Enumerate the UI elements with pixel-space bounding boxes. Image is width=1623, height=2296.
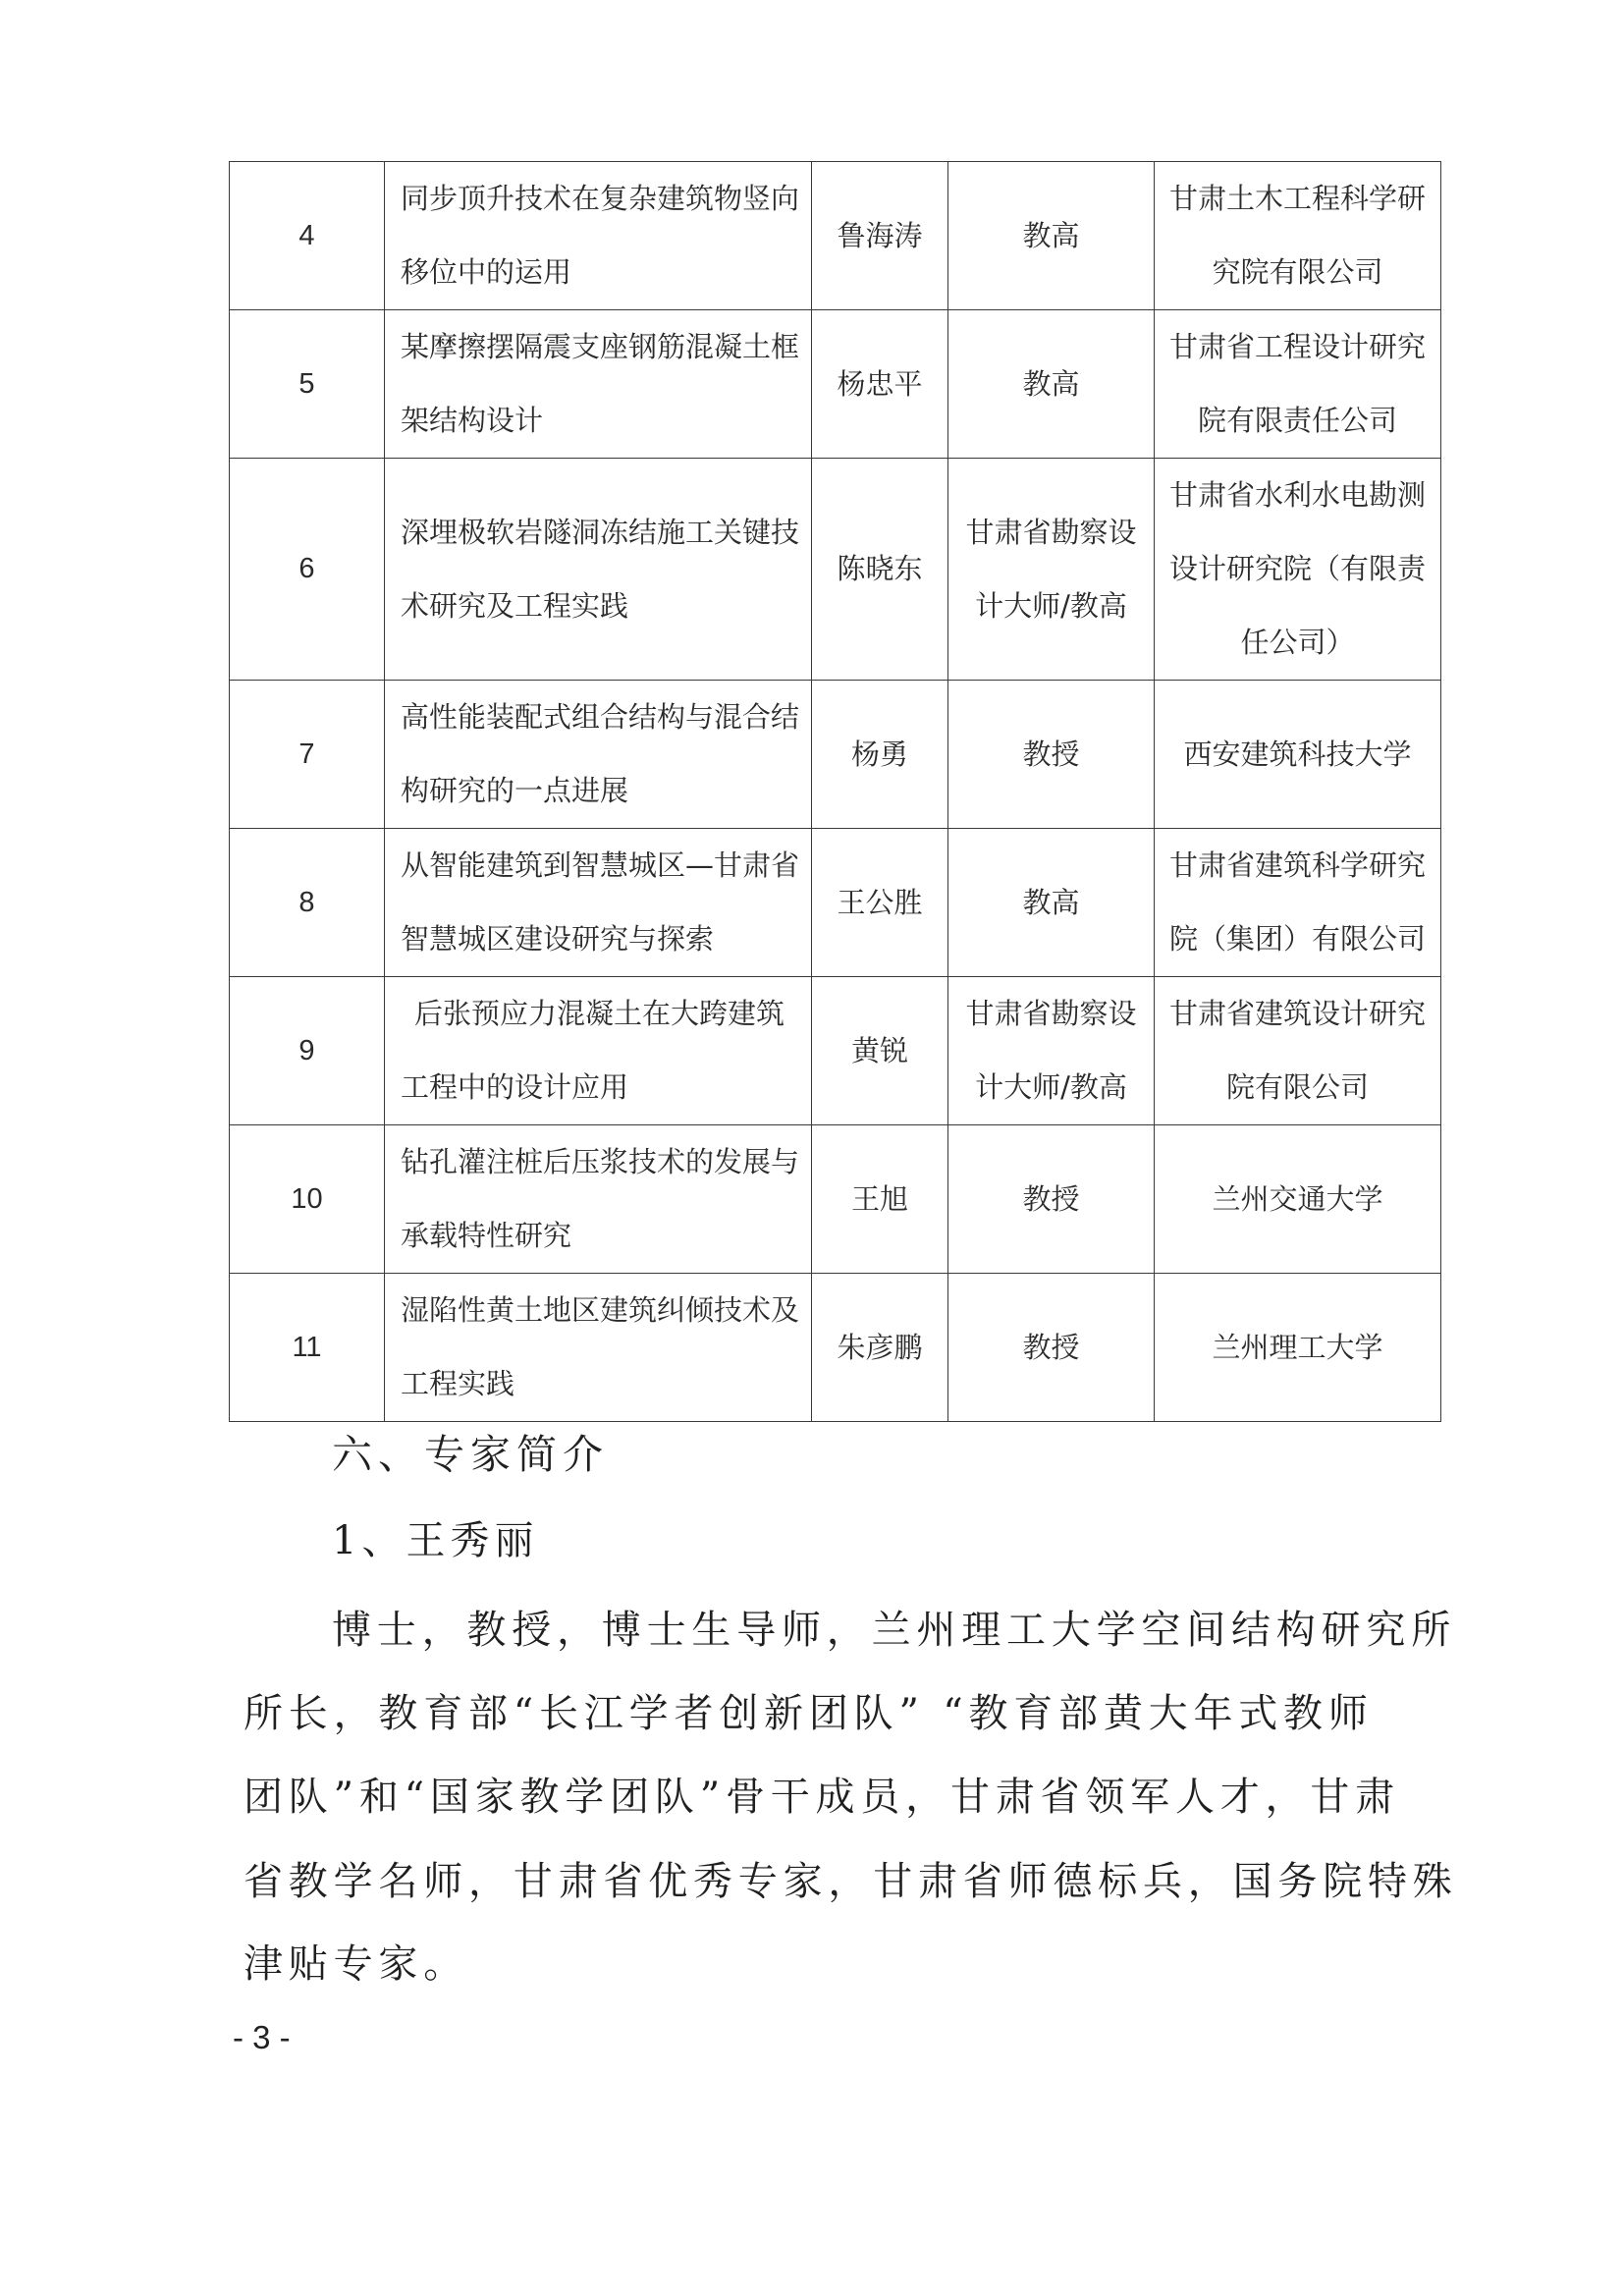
expert-title: 教授 bbox=[948, 1274, 1155, 1422]
table-row: 8 从智能建筑到智慧城区—甘肃省 智慧城区建设研究与探索 王公胜 教高 甘肃省建… bbox=[230, 829, 1441, 977]
row-number: 9 bbox=[230, 977, 385, 1125]
expert-organization: 兰州理工大学 bbox=[1155, 1274, 1441, 1422]
expert-title-line: 教高 bbox=[948, 348, 1154, 421]
report-title: 高性能装配式组合结构与混合结 构研究的一点进展 bbox=[385, 681, 812, 829]
report-title-line: 钻孔灌注桩后压浆技术的发展与 bbox=[401, 1125, 805, 1199]
expert-title: 甘肃省勘察设 计大师/教高 bbox=[948, 977, 1155, 1125]
expert-name-text: 杨勇 bbox=[812, 718, 947, 792]
expert-organization: 兰州交通大学 bbox=[1155, 1125, 1441, 1274]
table-row: 10 钻孔灌注桩后压浆技术的发展与 承载特性研究 王旭 教授 兰州交通大学 bbox=[230, 1125, 1441, 1274]
report-title: 某摩擦摆隔震支座钢筋混凝土框 架结构设计 bbox=[385, 310, 812, 459]
report-title-line: 架结构设计 bbox=[401, 384, 805, 458]
expert-title-line: 教高 bbox=[948, 199, 1154, 273]
organization-line: 任公司） bbox=[1155, 606, 1440, 680]
organization-line: 甘肃省建筑科学研究 bbox=[1155, 829, 1440, 902]
bio-paragraph-line: 所长，教育部“长江学者创新团队” “教育部黄大年式教师 bbox=[243, 1682, 1374, 1738]
report-title: 从智能建筑到智慧城区—甘肃省 智慧城区建设研究与探索 bbox=[385, 829, 812, 977]
expert-title-line: 甘肃省勘察设 bbox=[948, 496, 1154, 570]
report-title: 深埋极软岩隧洞冻结施工关键技 术研究及工程实践 bbox=[385, 459, 812, 681]
section-heading: 六、专家简介 bbox=[332, 1422, 609, 1480]
report-title: 同步顶升技术在复杂建筑物竖向 移位中的运用 bbox=[385, 162, 812, 310]
report-title-line: 智慧城区建设研究与探索 bbox=[401, 902, 805, 976]
expert-organization: 西安建筑科技大学 bbox=[1155, 681, 1441, 829]
table-row: 9 后张预应力混凝土在大跨建筑 工程中的设计应用 黄锐 甘肃省勘察设 计大师/教… bbox=[230, 977, 1441, 1125]
expert-name-text: 陈晓东 bbox=[812, 532, 947, 606]
report-title-line: 工程中的设计应用 bbox=[401, 1051, 805, 1124]
table-row: 6 深埋极软岩隧洞冻结施工关键技 术研究及工程实践 陈晓东 甘肃省勘察设 计大师… bbox=[230, 459, 1441, 681]
report-title-line: 承载特性研究 bbox=[401, 1199, 805, 1273]
expert-title-line: 教授 bbox=[948, 1163, 1154, 1236]
row-number: 11 bbox=[230, 1274, 385, 1422]
organization-line: 兰州理工大学 bbox=[1155, 1311, 1440, 1385]
expert-name: 王旭 bbox=[812, 1125, 948, 1274]
bio-paragraph-line: 津贴专家。 bbox=[243, 1933, 468, 1989]
expert-name-text: 鲁海涛 bbox=[812, 199, 947, 273]
expert-heading: 1、王秀丽 bbox=[332, 1509, 538, 1565]
expert-name: 黄锐 bbox=[812, 977, 948, 1125]
report-title-line: 从智能建筑到智慧城区—甘肃省 bbox=[401, 829, 805, 902]
expert-title-line: 教授 bbox=[948, 1311, 1154, 1385]
expert-name-text: 黄锐 bbox=[812, 1014, 947, 1088]
organization-line: 甘肃省建筑设计研究 bbox=[1155, 977, 1440, 1051]
expert-title-line: 计大师/教高 bbox=[948, 1051, 1154, 1124]
expert-name: 杨勇 bbox=[812, 681, 948, 829]
expert-name: 陈晓东 bbox=[812, 459, 948, 681]
page-number: - 3 - bbox=[233, 2019, 291, 2056]
table-row: 7 高性能装配式组合结构与混合结 构研究的一点进展 杨勇 教授 西安建筑科技大学 bbox=[230, 681, 1441, 829]
report-title-line: 高性能装配式组合结构与混合结 bbox=[401, 681, 805, 754]
organization-line: 兰州交通大学 bbox=[1155, 1163, 1440, 1236]
bio-paragraph-line: 省教学名师，甘肃省优秀专家，甘肃省师德标兵，国务院特殊 bbox=[243, 1850, 1458, 1906]
report-title: 后张预应力混凝土在大跨建筑 工程中的设计应用 bbox=[385, 977, 812, 1125]
organization-line: 甘肃省工程设计研究 bbox=[1155, 310, 1440, 384]
expert-title: 教高 bbox=[948, 310, 1155, 459]
document-page: 4 同步顶升技术在复杂建筑物竖向 移位中的运用 鲁海涛 教高 甘肃土木工程科学研… bbox=[0, 0, 1623, 2296]
report-title-line: 构研究的一点进展 bbox=[401, 754, 805, 828]
report-title-line: 某摩擦摆隔震支座钢筋混凝土框 bbox=[401, 310, 805, 384]
table-row: 5 某摩擦摆隔震支座钢筋混凝土框 架结构设计 杨忠平 教高 甘肃省工程设计研究 … bbox=[230, 310, 1441, 459]
expert-name-text: 王旭 bbox=[812, 1163, 947, 1236]
table-row: 11 湿陷性黄土地区建筑纠倾技术及 工程实践 朱彦鹏 教授 兰州理工大学 bbox=[230, 1274, 1441, 1422]
expert-title-line: 教授 bbox=[948, 718, 1154, 792]
expert-title-line: 计大师/教高 bbox=[948, 570, 1154, 643]
bio-paragraph-line: 博士，教授，博士生导师，兰州理工大学空间结构研究所 bbox=[332, 1599, 1456, 1655]
organization-line: 设计研究院（有限责 bbox=[1155, 532, 1440, 606]
organization-line: 院（集团）有限公司 bbox=[1155, 902, 1440, 976]
report-title-line: 后张预应力混凝土在大跨建筑 bbox=[401, 977, 805, 1051]
report-title-line: 移位中的运用 bbox=[401, 236, 805, 309]
expert-organization: 甘肃省工程设计研究 院有限责任公司 bbox=[1155, 310, 1441, 459]
expert-organization: 甘肃省建筑设计研究 院有限公司 bbox=[1155, 977, 1441, 1125]
expert-name: 杨忠平 bbox=[812, 310, 948, 459]
report-title-line: 同步顶升技术在复杂建筑物竖向 bbox=[401, 162, 805, 236]
expert-organization: 甘肃土木工程科学研 究院有限公司 bbox=[1155, 162, 1441, 310]
report-title-line: 工程实践 bbox=[401, 1347, 805, 1421]
expert-title: 教高 bbox=[948, 829, 1155, 977]
expert-name-text: 朱彦鹏 bbox=[812, 1311, 947, 1385]
expert-organization: 甘肃省建筑科学研究 院（集团）有限公司 bbox=[1155, 829, 1441, 977]
expert-name-text: 杨忠平 bbox=[812, 348, 947, 421]
organization-line: 甘肃土木工程科学研 bbox=[1155, 162, 1440, 236]
organization-line: 院有限责任公司 bbox=[1155, 384, 1440, 458]
row-number: 4 bbox=[230, 162, 385, 310]
organization-line: 院有限公司 bbox=[1155, 1051, 1440, 1124]
report-title-line: 湿陷性黄土地区建筑纠倾技术及 bbox=[401, 1274, 805, 1347]
row-number: 5 bbox=[230, 310, 385, 459]
row-number: 7 bbox=[230, 681, 385, 829]
report-schedule-table: 4 同步顶升技术在复杂建筑物竖向 移位中的运用 鲁海涛 教高 甘肃土木工程科学研… bbox=[229, 161, 1441, 1422]
report-title: 湿陷性黄土地区建筑纠倾技术及 工程实践 bbox=[385, 1274, 812, 1422]
row-number: 8 bbox=[230, 829, 385, 977]
expert-title-line: 甘肃省勘察设 bbox=[948, 977, 1154, 1051]
expert-title: 甘肃省勘察设 计大师/教高 bbox=[948, 459, 1155, 681]
expert-title-line: 教高 bbox=[948, 866, 1154, 940]
report-title: 钻孔灌注桩后压浆技术的发展与 承载特性研究 bbox=[385, 1125, 812, 1274]
expert-organization: 甘肃省水利水电勘测 设计研究院（有限责 任公司） bbox=[1155, 459, 1441, 681]
organization-line: 甘肃省水利水电勘测 bbox=[1155, 459, 1440, 532]
expert-title: 教授 bbox=[948, 1125, 1155, 1274]
expert-title: 教高 bbox=[948, 162, 1155, 310]
report-title-line: 深埋极软岩隧洞冻结施工关键技 bbox=[401, 496, 805, 570]
expert-name: 王公胜 bbox=[812, 829, 948, 977]
expert-name-text: 王公胜 bbox=[812, 866, 947, 940]
organization-line: 西安建筑科技大学 bbox=[1155, 718, 1440, 792]
bio-paragraph-line: 团队”和“国家教学团队”骨干成员，甘肃省领军人才，甘肃 bbox=[243, 1766, 1400, 1822]
table-row: 4 同步顶升技术在复杂建筑物竖向 移位中的运用 鲁海涛 教高 甘肃土木工程科学研… bbox=[230, 162, 1441, 310]
expert-name: 朱彦鹏 bbox=[812, 1274, 948, 1422]
organization-line: 究院有限公司 bbox=[1155, 236, 1440, 309]
row-number: 6 bbox=[230, 459, 385, 681]
row-number: 10 bbox=[230, 1125, 385, 1274]
report-title-line: 术研究及工程实践 bbox=[401, 570, 805, 643]
expert-title: 教授 bbox=[948, 681, 1155, 829]
expert-name: 鲁海涛 bbox=[812, 162, 948, 310]
